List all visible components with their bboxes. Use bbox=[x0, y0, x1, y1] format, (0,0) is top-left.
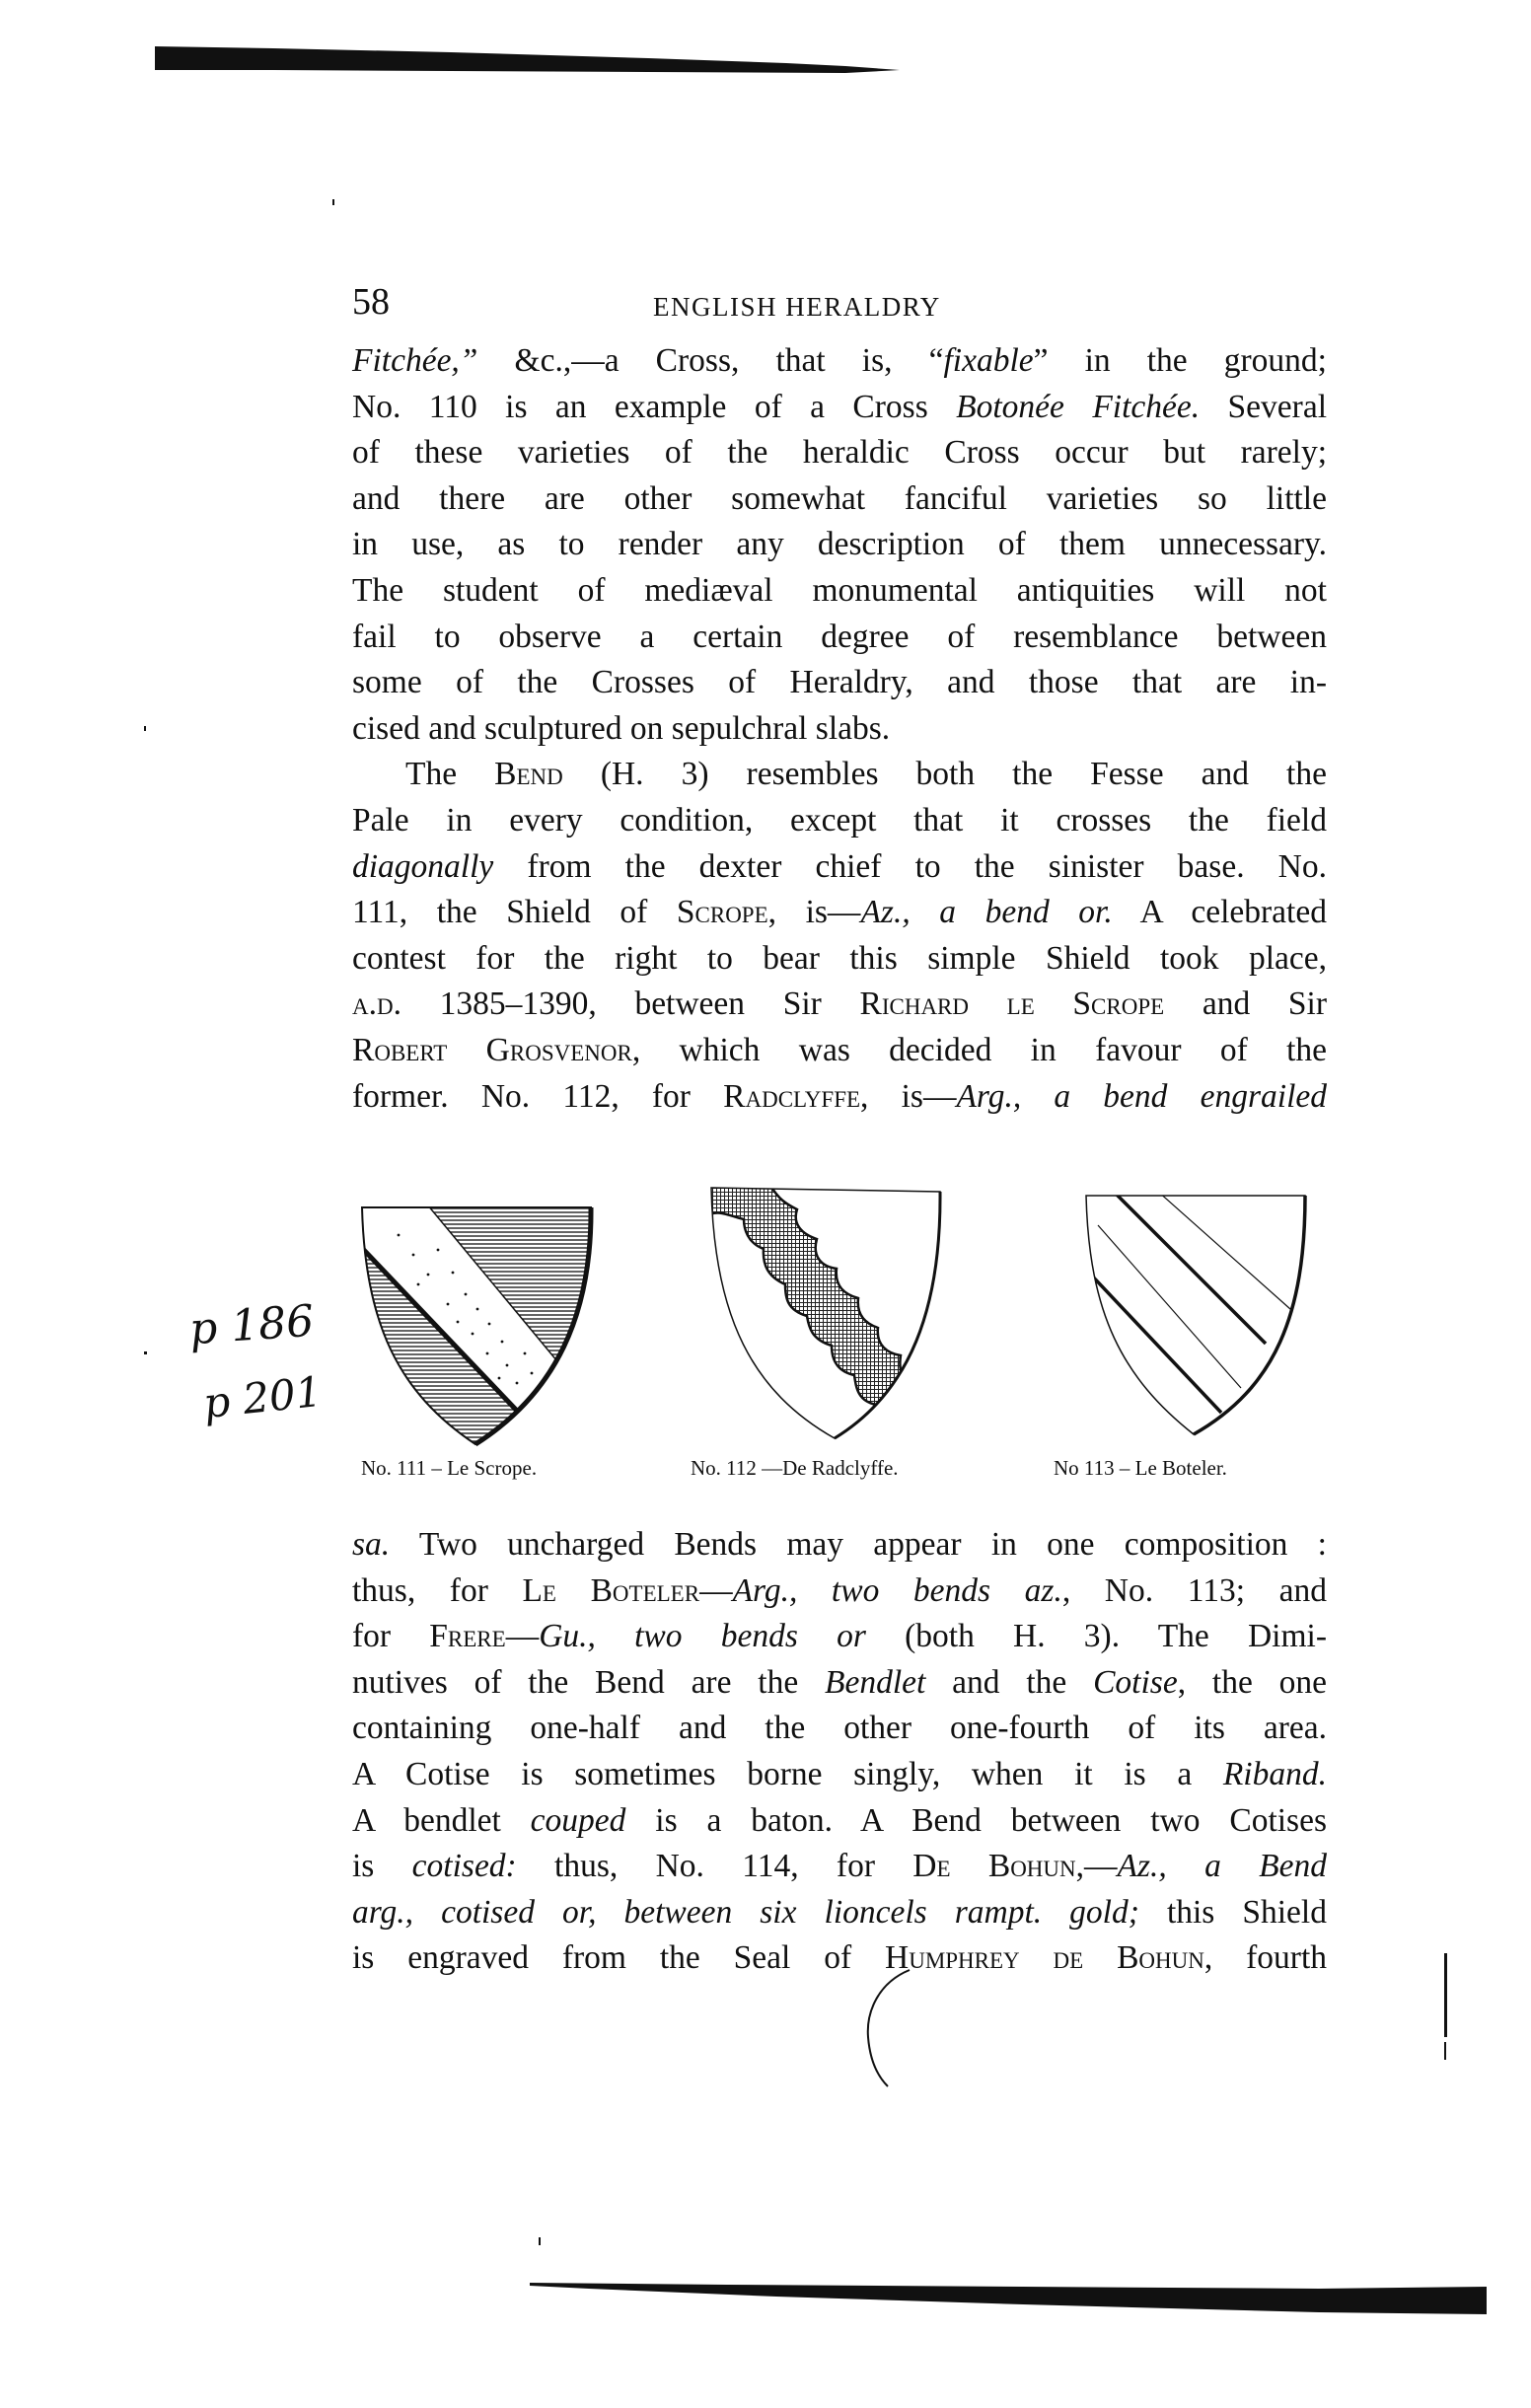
small-caps-text: De Bohun bbox=[912, 1848, 1075, 1884]
italic-text: Bendlet bbox=[825, 1664, 925, 1701]
text-line: of these varieties of the heraldic Cross… bbox=[352, 430, 1327, 476]
text-run: , is— bbox=[860, 1078, 956, 1115]
italic-text: Arg., a bend engrailed bbox=[956, 1078, 1327, 1115]
text-line: A bendlet couped is a baton. A Bend betw… bbox=[352, 1798, 1327, 1845]
text-run: thus, for bbox=[352, 1572, 522, 1609]
body-text-block-1: Fitchée,” &c.,—a Cross, that is, “fixabl… bbox=[352, 338, 1327, 1120]
text-run: is engraved from the Seal of bbox=[352, 1939, 885, 1976]
text-run: — bbox=[699, 1572, 733, 1609]
italic-text: Riband. bbox=[1223, 1756, 1327, 1792]
text-run: 1385–1390, between Sir bbox=[401, 985, 860, 1022]
stray-mark-margin bbox=[144, 1351, 147, 1354]
text-line: contest for the right to bear this simpl… bbox=[352, 936, 1327, 983]
scan-edge-bar-top bbox=[155, 46, 900, 76]
shield-de-radclyffe-figure bbox=[708, 1180, 945, 1451]
small-caps-text: Robert Grosvenor bbox=[352, 1032, 632, 1068]
text-run: The student of mediæval monumental antiq… bbox=[352, 572, 1327, 609]
text-line: diagonally from the dexter chief to the … bbox=[352, 844, 1327, 891]
handwritten-annotation-p201: p 201 bbox=[201, 1367, 325, 1427]
text-line: A Cotise is sometimes borne singly, when… bbox=[352, 1752, 1327, 1798]
text-run: Two uncharged Bends may appear in one co… bbox=[390, 1526, 1327, 1563]
text-line: arg., cotised or, between six lioncels r… bbox=[352, 1890, 1327, 1936]
text-line: nutives of the Bend are the Bendlet and … bbox=[352, 1660, 1327, 1707]
text-run: No. 110 is an example of a Cross bbox=[352, 389, 956, 425]
text-run: contest for the right to bear this simpl… bbox=[352, 940, 1327, 977]
text-line: Robert Grosvenor, which was decided in f… bbox=[352, 1028, 1327, 1074]
italic-text: Az., a bend or. bbox=[860, 894, 1112, 930]
text-run: Pale in every condition, except that it … bbox=[352, 802, 1327, 839]
small-caps-text: a.d. bbox=[352, 985, 401, 1022]
italic-text: fixable bbox=[943, 342, 1033, 379]
small-caps-text: Humphrey de Bohun bbox=[885, 1939, 1204, 1976]
italic-text: couped bbox=[531, 1802, 626, 1839]
text-run: , which was decided in favour of the bbox=[632, 1032, 1327, 1068]
italic-text: Gu., two bends or bbox=[539, 1618, 866, 1654]
text-line: Pale in every condition, except that it … bbox=[352, 798, 1327, 844]
text-run: is bbox=[352, 1848, 412, 1884]
text-run: and there are other somewhat fanciful va… bbox=[352, 480, 1327, 517]
figure-caption-112: No. 112 —De Radclyffe. bbox=[691, 1456, 899, 1480]
small-caps-text: Radclyffe bbox=[723, 1078, 860, 1115]
italic-text: Az., a Bend bbox=[1118, 1848, 1327, 1884]
italic-text: Fitchée,” bbox=[352, 342, 477, 379]
handwritten-annotation-p186: p 186 bbox=[187, 1296, 315, 1355]
text-run: The bbox=[405, 756, 494, 792]
text-run: thus, No. 114, for bbox=[517, 1848, 913, 1884]
text-run: A Cotise is sometimes borne singly, when… bbox=[352, 1756, 1223, 1792]
small-caps-text: Scrope bbox=[677, 894, 768, 930]
text-run: A bendlet bbox=[352, 1802, 531, 1839]
italic-text: Botonée Fitchée. bbox=[956, 389, 1200, 425]
italic-text: sa. bbox=[352, 1526, 390, 1563]
shield-le-scrope-figure bbox=[359, 1196, 596, 1452]
margin-rule-mark bbox=[1444, 1953, 1447, 2037]
text-run: (H. 3) resembles both the Fesse and the bbox=[563, 756, 1327, 792]
text-line: 111, the Shield of Scrope, is—Az., a ben… bbox=[352, 890, 1327, 936]
text-run: of these varieties of the heraldic Cross… bbox=[352, 434, 1327, 471]
shield-le-boteler-figure bbox=[1083, 1186, 1310, 1447]
text-run: for bbox=[352, 1618, 429, 1654]
stray-mark-top bbox=[332, 199, 334, 205]
page-number: 58 bbox=[352, 282, 390, 322]
text-line: Fitchée,” &c.,—a Cross, that is, “fixabl… bbox=[352, 338, 1327, 385]
text-run: in use, as to render any description of … bbox=[352, 526, 1327, 562]
italic-text: diagonally bbox=[352, 848, 493, 885]
text-run: , fourth bbox=[1204, 1939, 1327, 1976]
text-run: is a baton. A Bend between two Cotises bbox=[625, 1802, 1327, 1839]
italic-text: Cotise bbox=[1093, 1664, 1178, 1701]
text-run: cised and sculptured on sepulchral slabs… bbox=[352, 710, 890, 747]
text-run: this Shield bbox=[1139, 1894, 1327, 1931]
text-line: sa. Two uncharged Bends may appear in on… bbox=[352, 1522, 1327, 1569]
small-caps-text: Bend bbox=[494, 756, 563, 792]
italic-text: cotised: bbox=[412, 1848, 517, 1884]
text-line: thus, for Le Boteler—Arg., two bends az.… bbox=[352, 1569, 1327, 1615]
text-run: Several bbox=[1200, 389, 1327, 425]
running-head: ENGLISH HERALDRY bbox=[653, 292, 941, 322]
text-line: for Frere—Gu., two bends or (both H. 3).… bbox=[352, 1614, 1327, 1660]
text-line: a.d. 1385–1390, between Sir Richard le S… bbox=[352, 982, 1327, 1028]
text-run: former. No. 112, for bbox=[352, 1078, 723, 1115]
text-line: fail to observe a certain degree of rese… bbox=[352, 615, 1327, 661]
text-line: No. 110 is an example of a Cross Botonée… bbox=[352, 385, 1327, 431]
text-run: containing one-half and the other one-fo… bbox=[352, 1710, 1327, 1746]
italic-text: Arg., two bends az. bbox=[733, 1572, 1062, 1609]
scan-edge-bar-bottom bbox=[530, 2277, 1487, 2316]
text-run: 111, the Shield of bbox=[352, 894, 677, 930]
figure-caption-111: No. 111 – Le Scrope. bbox=[361, 1456, 537, 1480]
text-run: — bbox=[506, 1618, 540, 1654]
text-run: , the one bbox=[1178, 1664, 1327, 1701]
small-caps-text: Le Boteler bbox=[522, 1572, 699, 1609]
text-line: in use, as to render any description of … bbox=[352, 522, 1327, 568]
text-line: cised and sculptured on sepulchral slabs… bbox=[352, 706, 1327, 753]
small-caps-text: Richard le Scrope bbox=[859, 985, 1164, 1022]
text-line: former. No. 112, for Radclyffe, is—Arg.,… bbox=[352, 1074, 1327, 1121]
text-run: and the bbox=[925, 1664, 1093, 1701]
stray-mark-bottom bbox=[539, 2237, 541, 2245]
text-run: fail to observe a certain degree of rese… bbox=[352, 619, 1327, 655]
text-run: and Sir bbox=[1164, 985, 1327, 1022]
text-run: ” in the ground; bbox=[1034, 342, 1327, 379]
text-run: (both H. 3). The Dimi- bbox=[866, 1618, 1327, 1654]
text-line: The Bend (H. 3) resembles both the Fesse… bbox=[352, 752, 1327, 798]
pencil-curve-mark bbox=[848, 1968, 927, 2096]
text-line: is cotised: thus, No. 114, for De Bohun,… bbox=[352, 1844, 1327, 1890]
text-line: containing one-half and the other one-fo… bbox=[352, 1706, 1327, 1752]
margin-rule-mark-small bbox=[1444, 2042, 1446, 2060]
text-line: The student of mediæval monumental antiq… bbox=[352, 568, 1327, 615]
text-run: some of the Crosses of Heraldry, and tho… bbox=[352, 664, 1327, 700]
text-run: nutives of the Bend are the bbox=[352, 1664, 825, 1701]
text-line: and there are other somewhat fanciful va… bbox=[352, 476, 1327, 523]
body-text-block-2: sa. Two uncharged Bends may appear in on… bbox=[352, 1522, 1327, 1982]
text-run: &c.,—a Cross, that is, “ bbox=[477, 342, 943, 379]
text-run: from the dexter chief to the sinister ba… bbox=[493, 848, 1327, 885]
small-caps-text: Frere bbox=[429, 1618, 505, 1654]
text-run: , is— bbox=[768, 894, 861, 930]
text-line: is engraved from the Seal of Humphrey de… bbox=[352, 1935, 1327, 1982]
text-run: A celebrated bbox=[1113, 894, 1327, 930]
text-run: , No. 113; and bbox=[1062, 1572, 1327, 1609]
text-line: some of the Crosses of Heraldry, and tho… bbox=[352, 660, 1327, 706]
stray-mark-left bbox=[144, 726, 146, 731]
italic-text: arg., cotised or, between six lioncels r… bbox=[352, 1894, 1139, 1931]
text-run: ,— bbox=[1076, 1848, 1118, 1884]
figure-caption-113: No 113 – Le Boteler. bbox=[1054, 1456, 1227, 1480]
